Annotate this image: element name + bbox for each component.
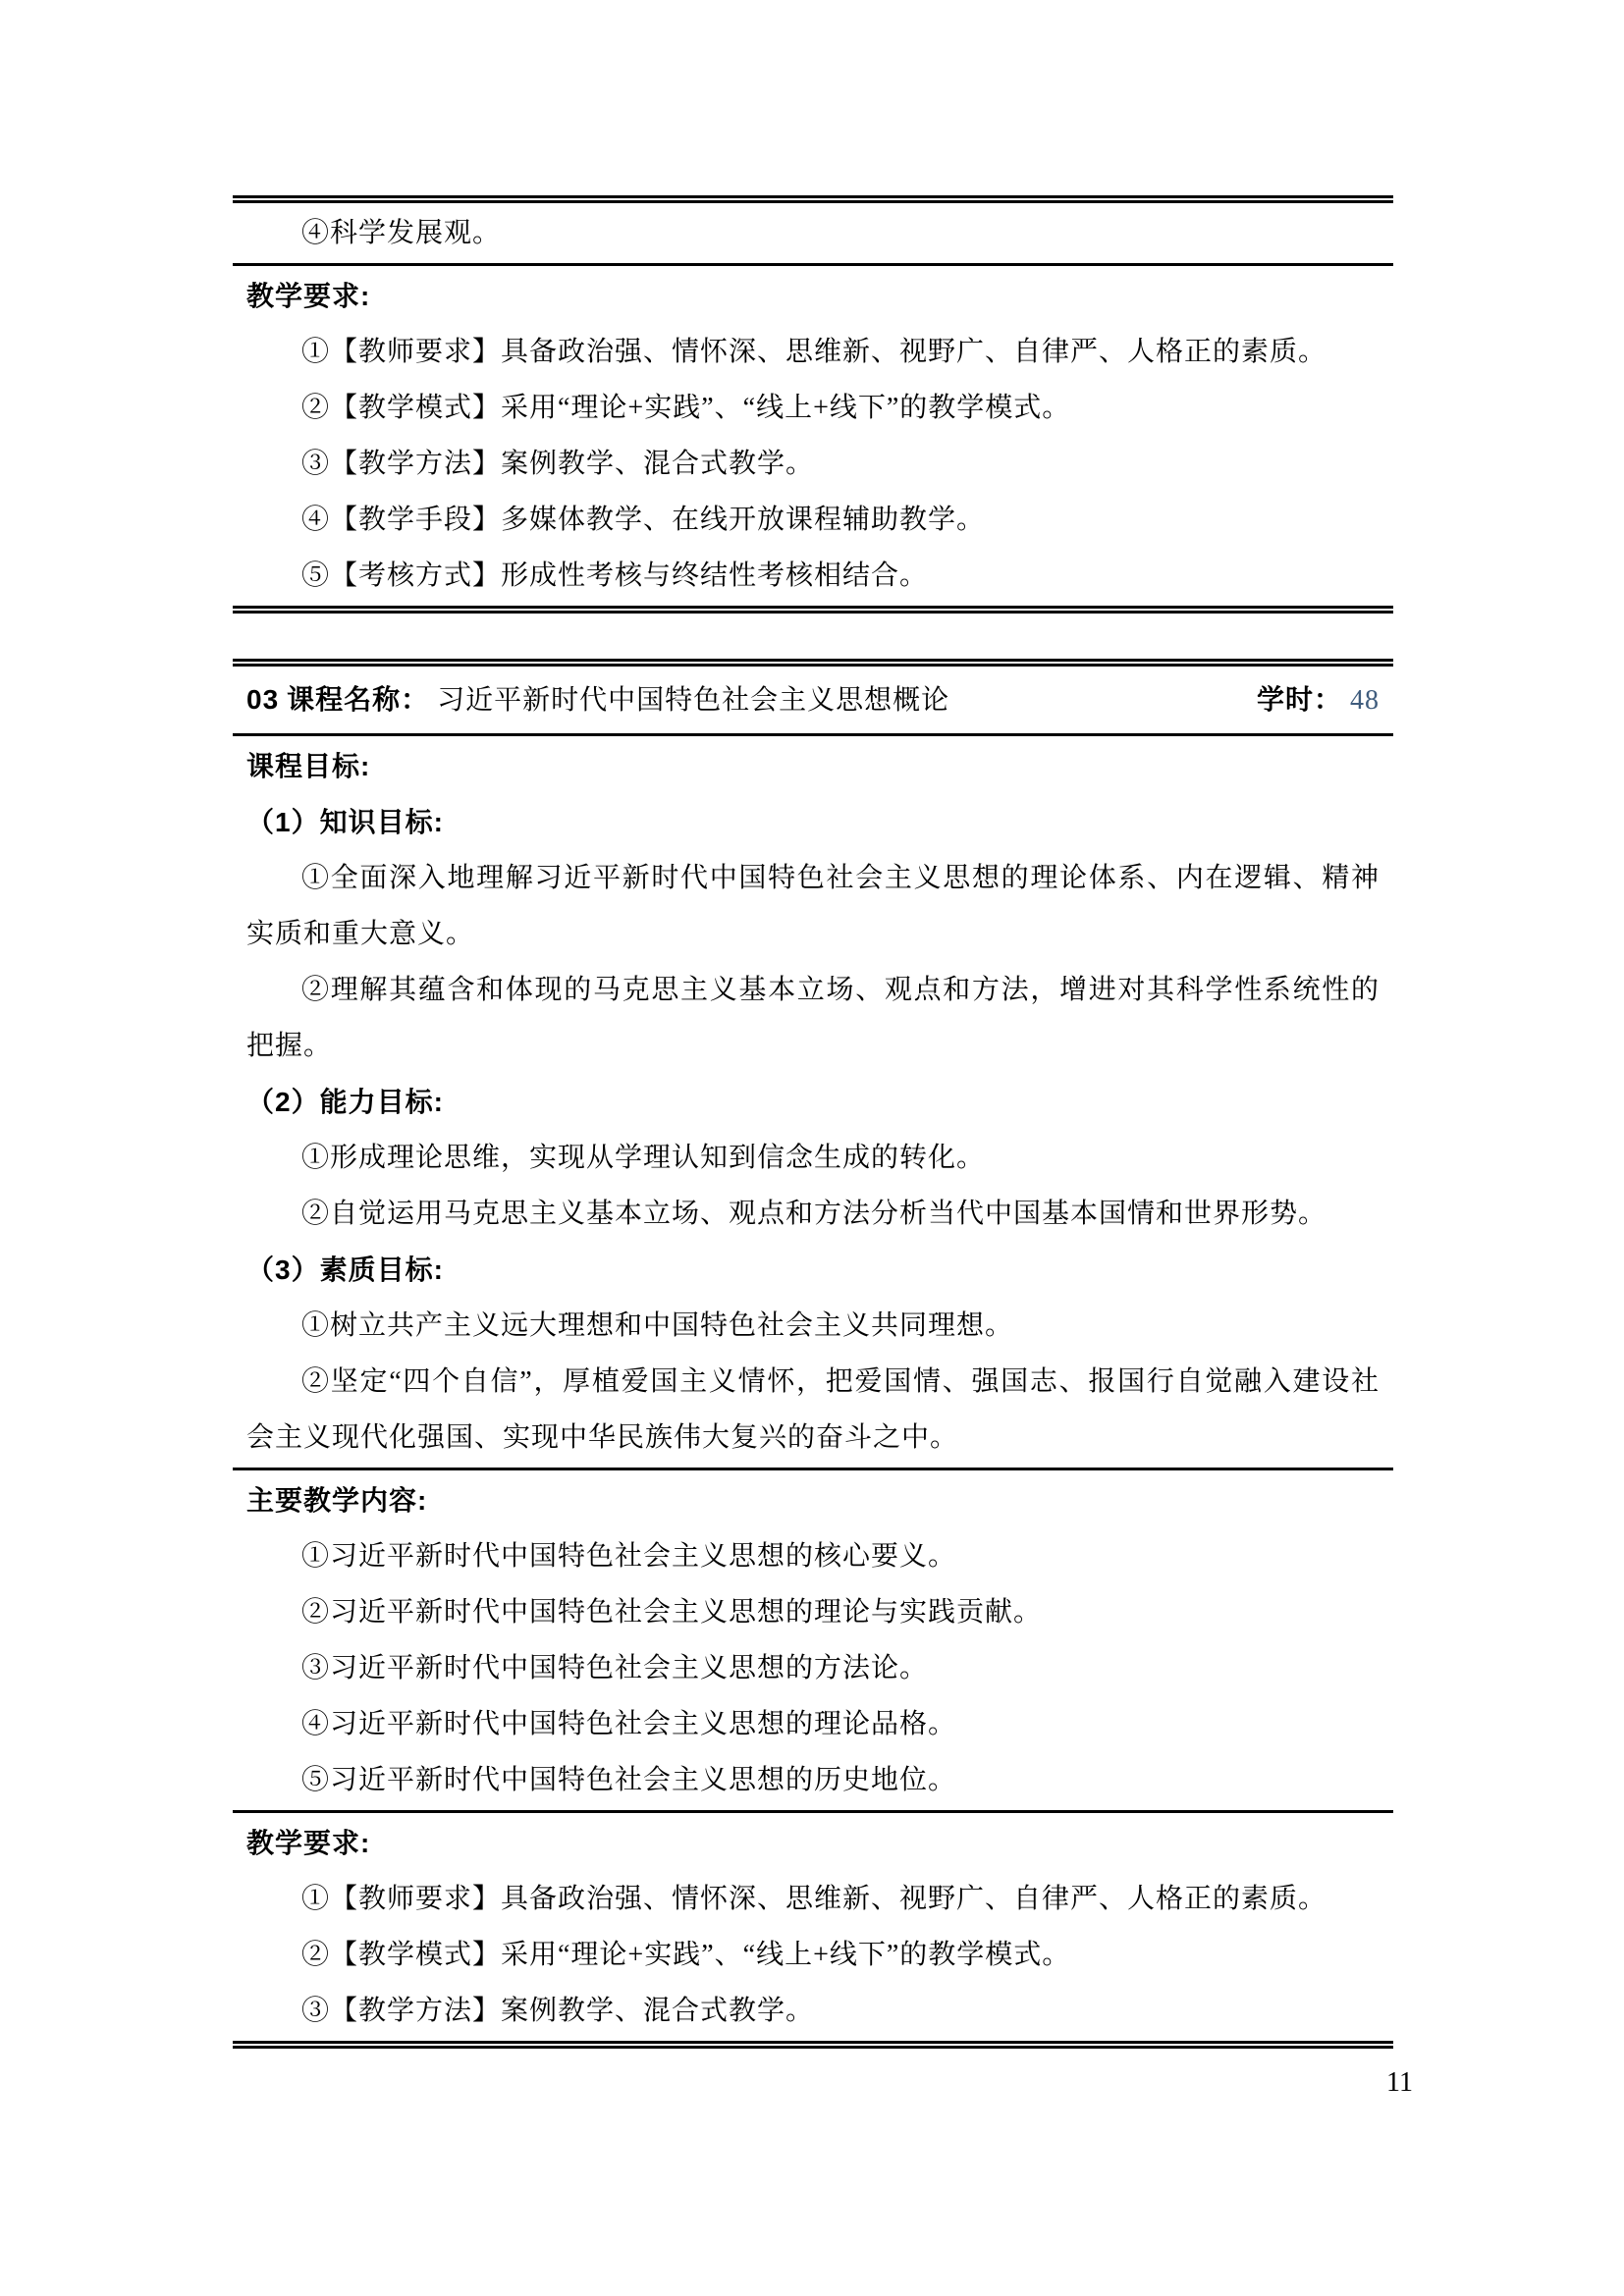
ability-goal-item: ②自觉运用马克思主义基本立场、观点和方法分析当代中国基本国情和世界形势。 — [246, 1186, 1380, 1242]
teaching-content-item: ⑤习近平新时代中国特色社会主义思想的历史地位。 — [246, 1752, 1380, 1808]
requirement-item: ②【教学模式】采用“理论+实践”、“线上+线下”的教学模式。 — [246, 380, 1380, 436]
knowledge-goal-item: ②理解其蕴含和体现的马克思主义基本立场、观点和方法，增进对其科学性系统性的把握。 — [246, 962, 1380, 1074]
teaching-content-heading: 主要教学内容: — [246, 1472, 1380, 1528]
course-title-group: 03 课程名称： 习近平新时代中国特色社会主义思想概论 — [246, 671, 949, 728]
prev-course-table: ④科学发展观。 教学要求: ①【教师要求】具备政治强、情怀深、思维新、视野广、自… — [233, 195, 1393, 614]
course-requirements-row: 教学要求: ①【教师要求】具备政治强、情怀深、思维新、视野广、自律严、人格正的素… — [233, 1813, 1393, 2041]
course-objectives-heading: 课程目标: — [246, 738, 1380, 794]
requirement-item: ①【教师要求】具备政治强、情怀深、思维新、视野广、自律严、人格正的素质。 — [246, 324, 1380, 380]
document-page: ④科学发展观。 教学要求: ①【教师要求】具备政治强、情怀深、思维新、视野广、自… — [0, 0, 1624, 2296]
course-number: 03 — [246, 684, 279, 715]
prev-course-requirements-row: 教学要求: ①【教师要求】具备政治强、情怀深、思维新、视野广、自律严、人格正的素… — [233, 266, 1393, 606]
course-objectives-row: 课程目标: （1）知识目标: ①全面深入地理解习近平新时代中国特色社会主义思想的… — [233, 736, 1393, 1470]
course-hours-group: 学时： 48 — [1257, 671, 1380, 728]
course-name: 习近平新时代中国特色社会主义思想概论 — [437, 685, 949, 716]
page-content: ④科学发展观。 教学要求: ①【教师要求】具备政治强、情怀深、思维新、视野广、自… — [233, 195, 1393, 2049]
prev-course-content-row: ④科学发展观。 — [233, 203, 1393, 266]
teaching-requirements-heading: 教学要求: — [246, 1815, 1380, 1871]
teaching-content-item: ④习近平新时代中国特色社会主义思想的理论品格。 — [246, 1696, 1380, 1752]
quality-goal-item: ②坚定“四个自信”，厚植爱国主义情怀，把爱国情、强国志、报国行自觉融入建设社会主… — [246, 1354, 1380, 1466]
quality-goals-heading: （3）素质目标: — [246, 1242, 1380, 1298]
knowledge-goal-item: ①全面深入地理解习近平新时代中国特色社会主义思想的理论体系、内在逻辑、精神实质和… — [246, 850, 1380, 962]
course-name-label: 课程名称： — [287, 684, 429, 715]
teaching-content-item: ①习近平新时代中国特色社会主义思想的核心要义。 — [246, 1528, 1380, 1584]
teaching-requirements-heading: 教学要求: — [246, 268, 1380, 324]
requirement-item: ③【教学方法】案例教学、混合式教学。 — [246, 436, 1380, 492]
page-number: 11 — [1386, 2067, 1413, 2099]
ability-goals-heading: （2）能力目标: — [246, 1074, 1380, 1130]
requirement-item: ③【教学方法】案例教学、混合式教学。 — [246, 1983, 1380, 2039]
teaching-content-item: ②习近平新时代中国特色社会主义思想的理论与实践贡献。 — [246, 1584, 1380, 1640]
knowledge-goals-heading: （1）知识目标: — [246, 794, 1380, 850]
quality-goal-item: ①树立共产主义远大理想和中国特色社会主义共同理想。 — [246, 1298, 1380, 1354]
requirement-item: ①【教师要求】具备政治强、情怀深、思维新、视野广、自律严、人格正的素质。 — [246, 1871, 1380, 1927]
teaching-content-item: ③习近平新时代中国特色社会主义思想的方法论。 — [246, 1640, 1380, 1696]
requirement-item: ②【教学模式】采用“理论+实践”、“线上+线下”的教学模式。 — [246, 1927, 1380, 1983]
requirement-item: ⑤【考核方式】形成性考核与终结性考核相结合。 — [246, 548, 1380, 604]
course-header-row: 03 课程名称： 习近平新时代中国特色社会主义思想概论 学时： 48 — [233, 667, 1393, 736]
ability-goal-item: ①形成理论思维，实现从学理认知到信念生成的转化。 — [246, 1130, 1380, 1186]
course-03-table: 03 课程名称： 习近平新时代中国特色社会主义思想概论 学时： 48 课程目标:… — [233, 659, 1393, 2049]
prev-course-content-item: ④科学发展观。 — [246, 205, 1380, 261]
hours-label: 学时： — [1257, 684, 1342, 715]
requirement-item: ④【教学手段】多媒体教学、在线开放课程辅助教学。 — [246, 492, 1380, 548]
teaching-content-row: 主要教学内容: ①习近平新时代中国特色社会主义思想的核心要义。 ②习近平新时代中… — [233, 1470, 1393, 1813]
hours-value: 48 — [1350, 685, 1380, 716]
